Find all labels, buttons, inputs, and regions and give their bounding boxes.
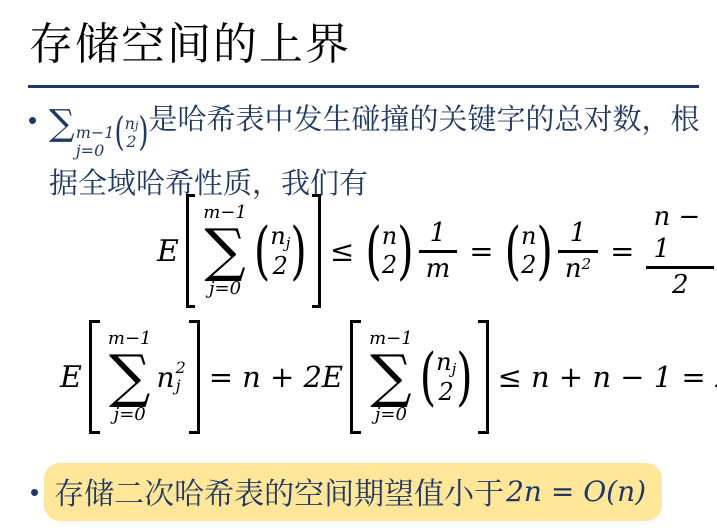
- equals-symbol: =: [469, 234, 493, 268]
- title-divider: [28, 85, 699, 88]
- binomial-nj-2: ( nj 2 ): [420, 348, 473, 407]
- expectation-symbol: E: [60, 360, 82, 395]
- term-nj-squared: n 2 j: [157, 359, 186, 394]
- leq-symbol: ≤: [498, 360, 522, 394]
- binomial-bottom: 2: [273, 252, 288, 281]
- formula-expected-collisions: E m−1 ∑ j=0 ( nj 2 ) ≤ ( n 2 ) 1: [157, 194, 717, 308]
- variable-n: n: [157, 361, 175, 394]
- fraction-n-minus-1-over-2: n − 1 2: [646, 201, 714, 302]
- left-paren: (: [420, 345, 436, 408]
- formula-expected-space: E m−1 ∑ j=0 n 2 j = n + 2E m−1 ∑ j=0 ( n…: [60, 320, 717, 434]
- left-paren: (: [114, 114, 124, 153]
- right-paren: ): [397, 220, 413, 283]
- binomial-n-2: ( n 2 ): [365, 222, 413, 280]
- right-paren: ): [536, 220, 552, 283]
- expectation-symbol: E: [157, 234, 179, 269]
- binomial-top: nj: [436, 348, 456, 378]
- numerator: n − 1: [646, 201, 714, 266]
- binomial-bottom: 2: [521, 251, 536, 280]
- leq-symbol: ≤: [330, 234, 354, 268]
- binomial-n-2: ( n 2 ): [505, 222, 553, 280]
- bullet-point-collisions: •∑m−1j=0(nj2)是哈希表中发生碰撞的关键字的总对数，根据全域哈希性质，…: [28, 96, 717, 207]
- denominator: n2: [558, 253, 598, 286]
- equals-symbol: =: [610, 234, 634, 268]
- fraction-1-over-n-squared: 1 n2: [558, 217, 598, 285]
- right-paren: ): [456, 345, 472, 408]
- denominator: m: [419, 253, 458, 286]
- numerator: 1: [563, 217, 594, 250]
- summation: m−1 ∑ j=0: [369, 329, 413, 425]
- binomial-top: nj: [270, 222, 290, 252]
- subscript-j: j: [176, 377, 186, 395]
- equals-symbol: =: [209, 360, 233, 394]
- denominator: 2: [665, 269, 696, 302]
- superscript-2: 2: [176, 359, 186, 377]
- left-paren: (: [505, 220, 521, 283]
- super-sub-scripts: 2 j: [176, 359, 186, 394]
- slide-canvas: 存储空间的上界 •∑m−1j=0(nj2)是哈希表中发生碰撞的关键字的总对数，根…: [0, 0, 717, 530]
- left-bracket: [89, 320, 100, 434]
- inline-sum-formula: ∑m−1j=0(nj2): [49, 102, 149, 136]
- sigma-symbol: ∑: [204, 223, 245, 278]
- right-paren: ): [138, 114, 148, 153]
- right-paren: ): [290, 219, 306, 282]
- conclusion-math: 2n = O(n): [506, 475, 646, 508]
- right-bracket: [478, 320, 489, 434]
- numerator: 1: [423, 217, 454, 250]
- binomial-stack: nj 2: [270, 222, 290, 281]
- binomial-coefficient: (nj2): [114, 115, 148, 152]
- binomial-stack: nj2: [125, 115, 139, 152]
- binomial-top: nj: [125, 115, 139, 133]
- middle-expression: n + 2E: [242, 360, 343, 394]
- summation: m−1 ∑ j=0: [108, 329, 152, 425]
- highlight-box: 存储二次哈希表的空间期望值小于 2n = O(n): [44, 463, 662, 521]
- binomial-top: n: [521, 222, 536, 251]
- sum-limits: m−1j=0: [76, 124, 115, 161]
- binomial-bottom: 2: [439, 378, 454, 407]
- left-bracket: [186, 194, 195, 308]
- bullet-marker: •: [30, 477, 39, 508]
- conclusion-text: 存储二次哈希表的空间期望值小于: [54, 469, 504, 513]
- bullet-point-conclusion: • 存储二次哈希表的空间期望值小于 2n = O(n): [30, 463, 662, 521]
- binomial-top: n: [382, 222, 397, 251]
- tail-expression: n + n − 1 = 2n: [531, 360, 717, 394]
- left-paren: (: [254, 219, 270, 282]
- sigma-symbol: ∑: [370, 349, 411, 404]
- sigma-symbol: ∑: [109, 349, 150, 404]
- binomial-stack: n 2: [382, 222, 397, 280]
- page-title: 存储空间的上界: [29, 8, 351, 72]
- sum-lower-limit: j=0: [375, 405, 407, 426]
- left-bracket: [350, 320, 361, 434]
- sum-lower-limit: j=0: [209, 279, 241, 300]
- sum-lower-limit: j=0: [76, 142, 115, 160]
- binomial-bottom: 2: [126, 133, 136, 151]
- sum-upper-limit: m−1: [76, 124, 115, 142]
- binomial-stack: n 2: [521, 222, 536, 280]
- binomial-nj-2: ( nj 2 ): [254, 222, 307, 281]
- superscript-2: 2: [582, 255, 592, 273]
- binomial-bottom: 2: [382, 251, 397, 280]
- sum-lower-limit: j=0: [114, 405, 146, 426]
- right-bracket: [312, 194, 321, 308]
- left-paren: (: [365, 220, 381, 283]
- sigma-symbol: ∑: [49, 103, 75, 144]
- fraction-1-over-m: 1 m: [419, 217, 458, 285]
- binomial-stack: nj 2: [436, 348, 456, 407]
- right-bracket: [189, 320, 200, 434]
- bullet-marker: •: [28, 97, 49, 143]
- summation: m−1 ∑ j=0: [203, 203, 247, 299]
